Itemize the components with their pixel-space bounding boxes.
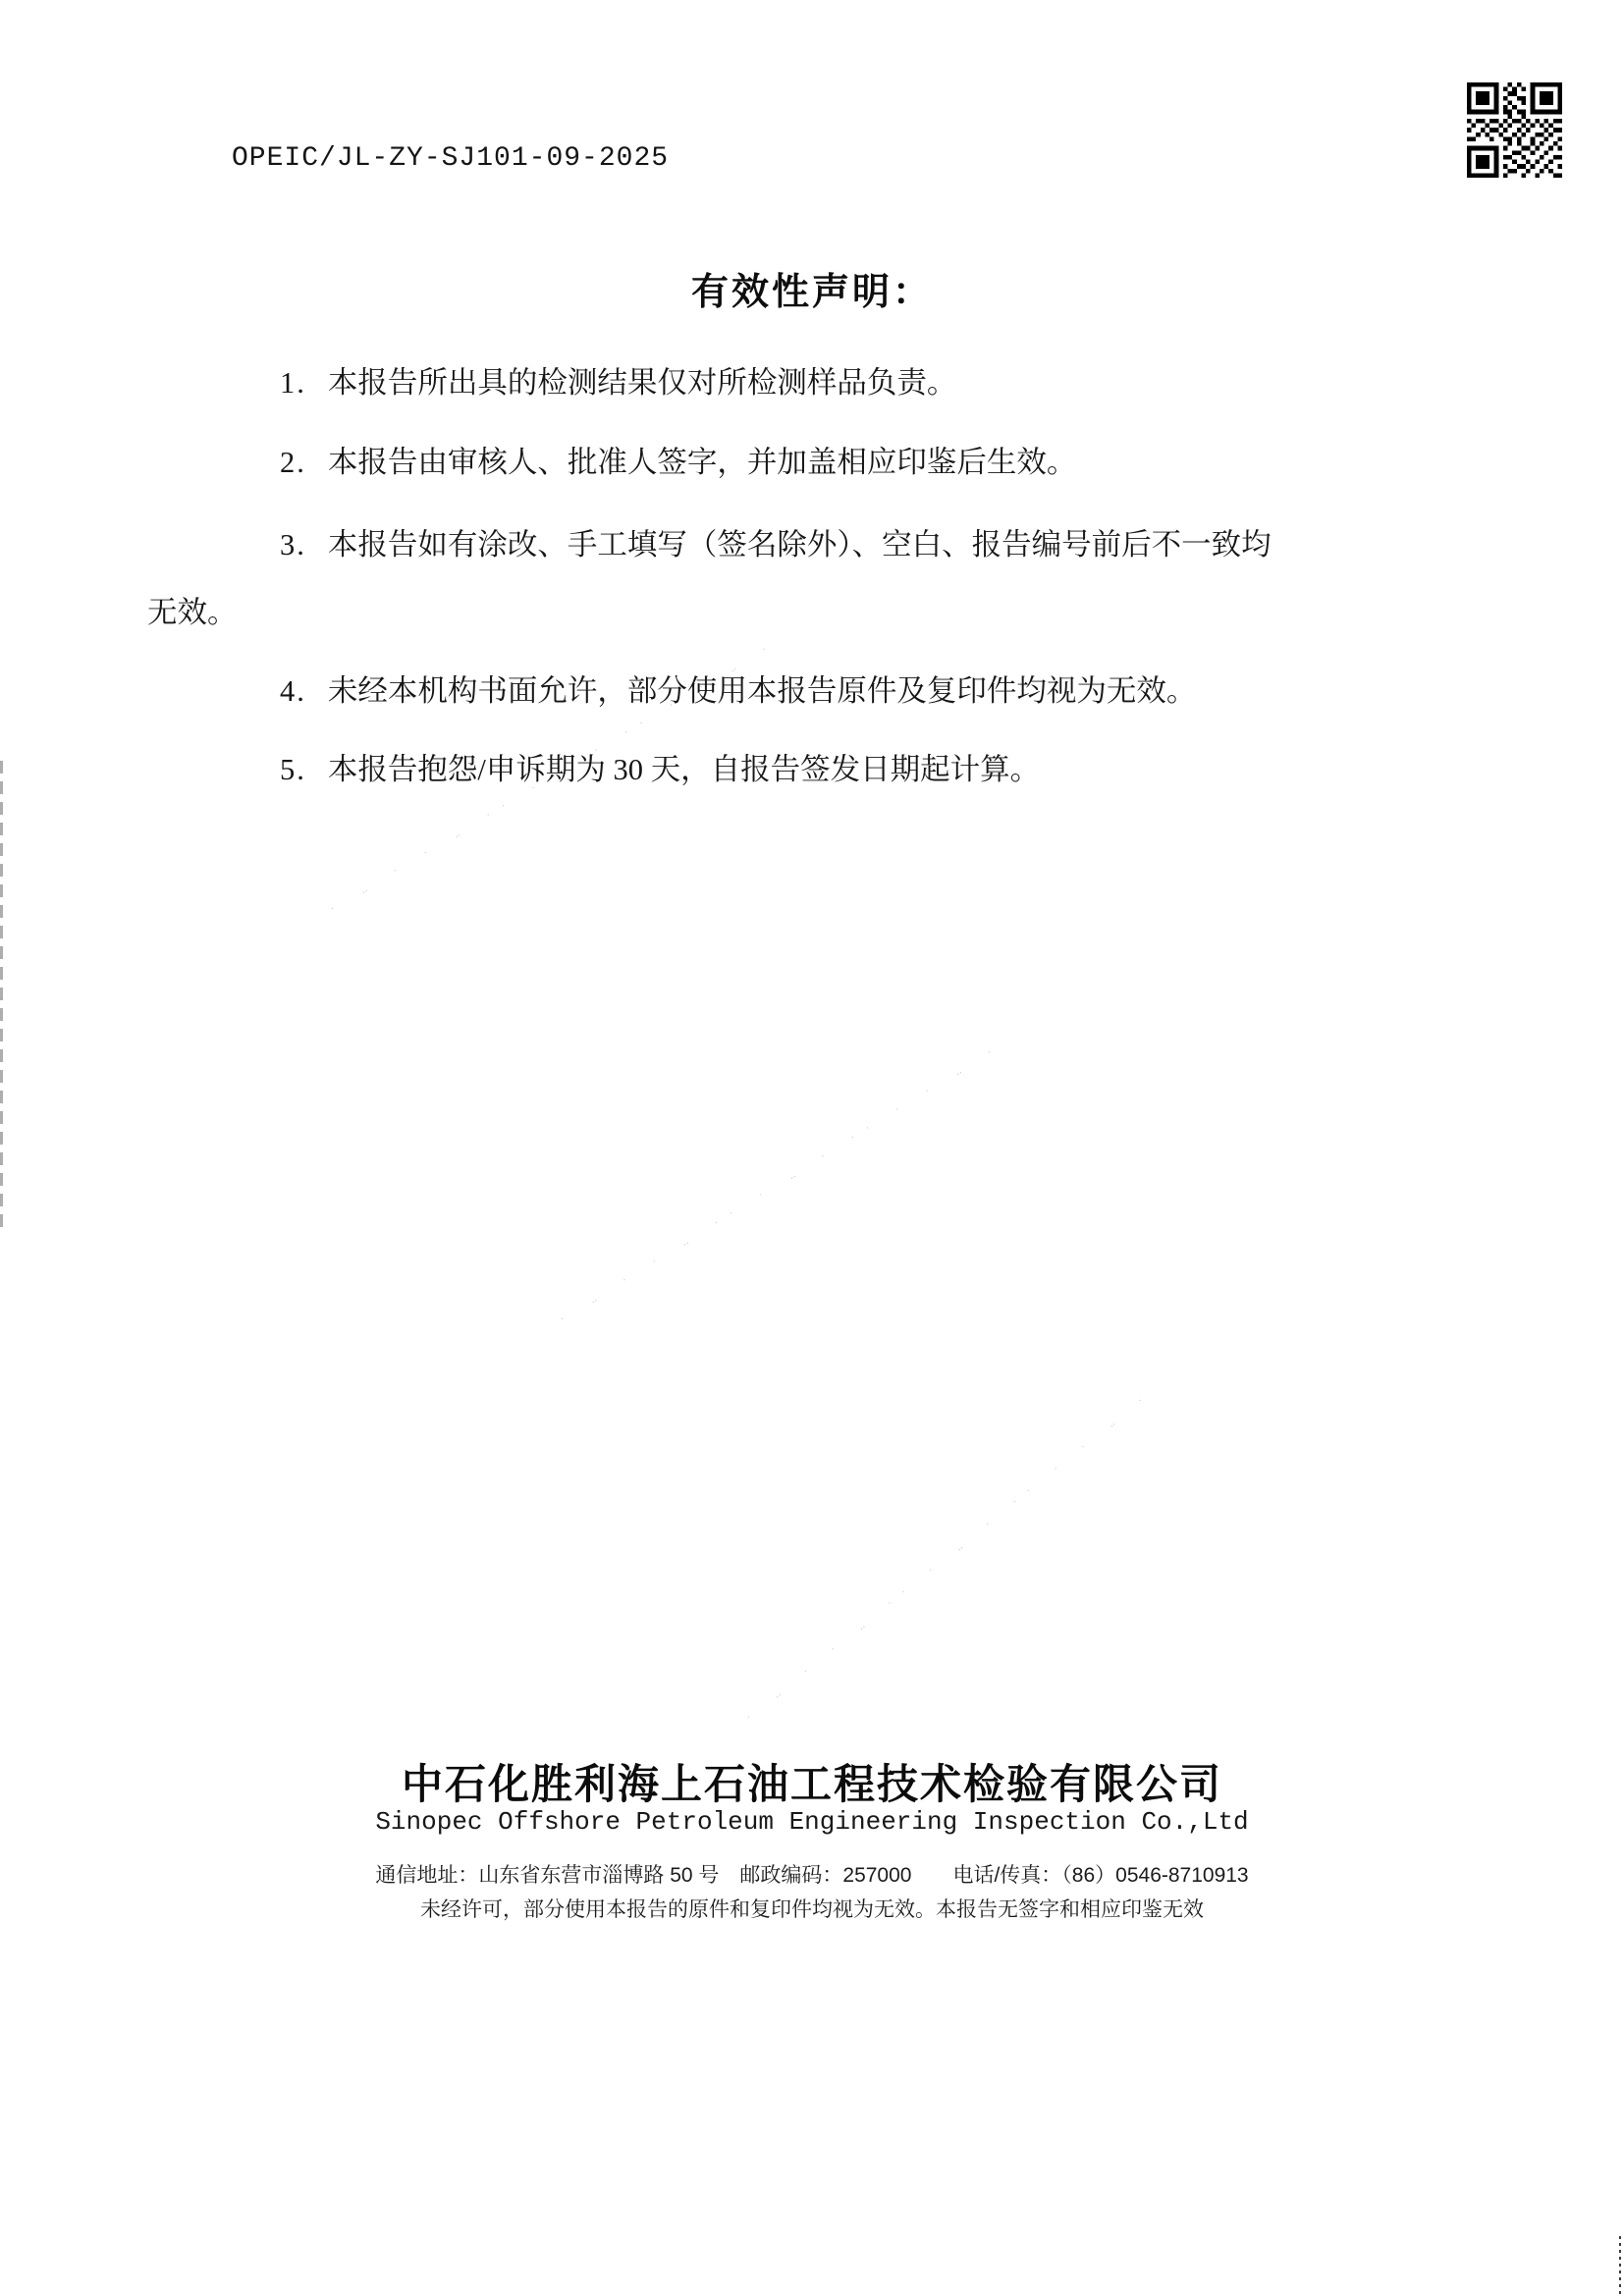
item-number: 3.: [280, 528, 306, 561]
scan-noise-watermark: · ‥ · · ‥ ·· · ‥ · ·· · · ‥ ·: [559, 1041, 1005, 1325]
statement-item-4: 4.未经本机构书面允许，部分使用本报告原件及复印件均视为无效。: [147, 658, 1370, 725]
statement-item-2: 2.本报告由审核人、批准人签字，并加盖相应印鉴后生效。: [147, 429, 1370, 497]
company-name-cn: 中石化胜利海上石油工程技术检验有限公司: [0, 1752, 1624, 1811]
scan-edge-artifact-right: [1619, 2236, 1621, 2296]
scan-noise-watermark: · ‥ · · ‥ ·· · ‥ · ·· · · ‥ ·: [745, 1387, 1157, 1723]
footer-note-line: 未经许可，部分使用本报告的原件和复印件均视为无效。本报告无签字和相应印鉴无效: [0, 1894, 1624, 1923]
item-text: 本报告抱怨/申诉期为 30 天，自报告签发日期起计算。: [328, 753, 1040, 786]
item-text: 本报告由审核人、批准人签字，并加盖相应印鉴后生效。: [328, 446, 1077, 479]
item-text: 本报告所出具的检测结果仅对所检测样品负责。: [328, 366, 957, 400]
statement-item-1: 1.本报告所出具的检测结果仅对所检测样品负责。: [147, 349, 1370, 417]
scan-edge-artifact-left: [0, 761, 3, 1232]
qr-code-icon: [1467, 82, 1562, 178]
item-number: 5.: [280, 753, 306, 786]
item-number: 2.: [280, 446, 306, 479]
page-title: 有效性声明：: [0, 261, 1624, 315]
item-text: 本报告如有涂改、手工填写（签名除外）、空白、报告编号前后不一致均无效。: [147, 528, 1272, 629]
item-number: 4.: [280, 674, 306, 708]
scanned-report-page: OPEIC/JL-ZY-SJ101-09-2025 有效性声明： 1.本报告所出…: [0, 0, 1624, 2296]
statement-item-5: 5.本报告抱怨/申诉期为 30 天，自报告签发日期起计算。: [147, 736, 1370, 804]
company-name-en: Sinopec Offshore Petroleum Engineering I…: [0, 1807, 1624, 1837]
company-address-line: 通信地址：山东省东营市淄博路 50 号 邮政编码：257000 电话/传真：（8…: [0, 1859, 1624, 1889]
document-code: OPEIC/JL-ZY-SJ101-09-2025: [232, 143, 669, 174]
item-text: 未经本机构书面允许，部分使用本报告原件及复印件均视为无效。: [328, 674, 1197, 708]
item-number: 1.: [280, 366, 306, 400]
statement-item-3: 3.本报告如有涂改、手工填写（签名除外）、空白、报告编号前后不一致均无效。: [147, 511, 1294, 647]
